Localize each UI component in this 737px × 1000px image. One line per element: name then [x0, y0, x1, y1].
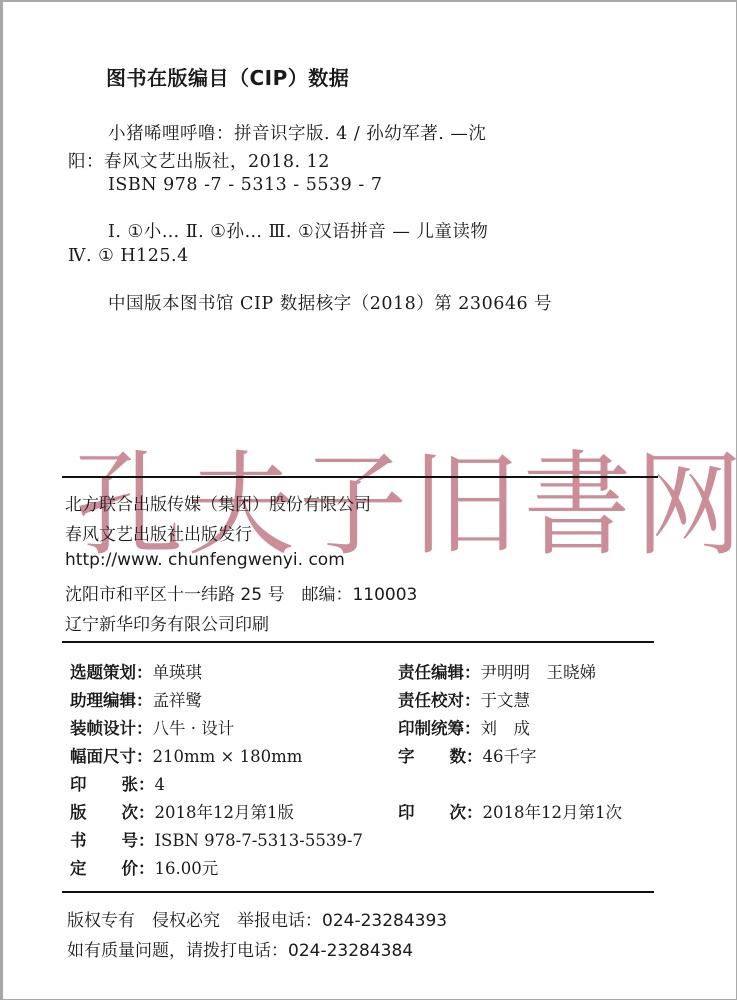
credit-isbn: 书号：ISBN 978-7-5313-5539-7 [70, 827, 363, 851]
divider-rule [62, 641, 654, 643]
credit-price: 定价：16.00元 [70, 855, 218, 879]
cip-classification-2: Ⅳ. ① H125.4 [68, 246, 189, 266]
cip-line-1: 小猪唏哩呼噜：拼音识字版. 4 / 孙幼军著. —沈 [108, 120, 486, 145]
credit-printing: 印次：2018年12月第1次 [398, 799, 622, 823]
cip-isbn: ISBN 978 -7 - 5313 - 5539 - 7 [108, 175, 382, 195]
credit-proofreader: 责任校对：于文慧 [398, 687, 530, 711]
credit-planner: 选题策划：单瑛琪 [70, 659, 202, 683]
credit-assistant-editor: 助理编辑：孟祥鹭 [70, 687, 202, 711]
printer: 辽宁新华印务有限公司印刷 [65, 610, 269, 635]
cip-classification-1: Ⅰ. ①小… Ⅱ. ①孙… Ⅲ. ①汉语拼音 — 儿童读物 [108, 218, 488, 243]
credit-sheets: 印张：4 [70, 771, 165, 795]
publisher-address: 沈阳市和平区十一纬路 25 号 邮编：110003 [65, 580, 417, 605]
publisher-website: http://www. chunfengwenyi. com [65, 550, 345, 570]
divider-rule [62, 476, 658, 478]
publisher-group: 北方联合出版传媒（集团）股份有限公司 [65, 490, 371, 515]
credit-responsible-editor: 责任编辑：尹明明 王晓娣 [398, 659, 596, 683]
credit-word-count: 字数：46千字 [398, 743, 537, 767]
credit-print-coordinator: 印制统筹：刘 成 [398, 715, 530, 739]
cip-title: 图书在版编目（CIP）数据 [106, 62, 349, 91]
cip-verification: 中国版本图书馆 CIP 数据核字（2018）第 230646 号 [108, 290, 552, 315]
credit-edition: 版次：2018年12月第1版 [70, 799, 294, 823]
divider-rule [62, 891, 654, 893]
cip-line-2: 阳：春风文艺出版社，2018. 12 [68, 148, 330, 173]
credit-format-size: 幅面尺寸：210mm × 180mm [70, 743, 302, 767]
publisher-name: 春风文艺出版社出版发行 [65, 520, 252, 545]
credit-design: 装帧设计：八牛 · 设计 [70, 715, 234, 739]
copyright-notice: 版权专有 侵权必究 举报电话：024-23284393 [67, 906, 447, 931]
quality-hotline: 如有质量问题，请拨打电话：024-23284384 [67, 936, 413, 961]
